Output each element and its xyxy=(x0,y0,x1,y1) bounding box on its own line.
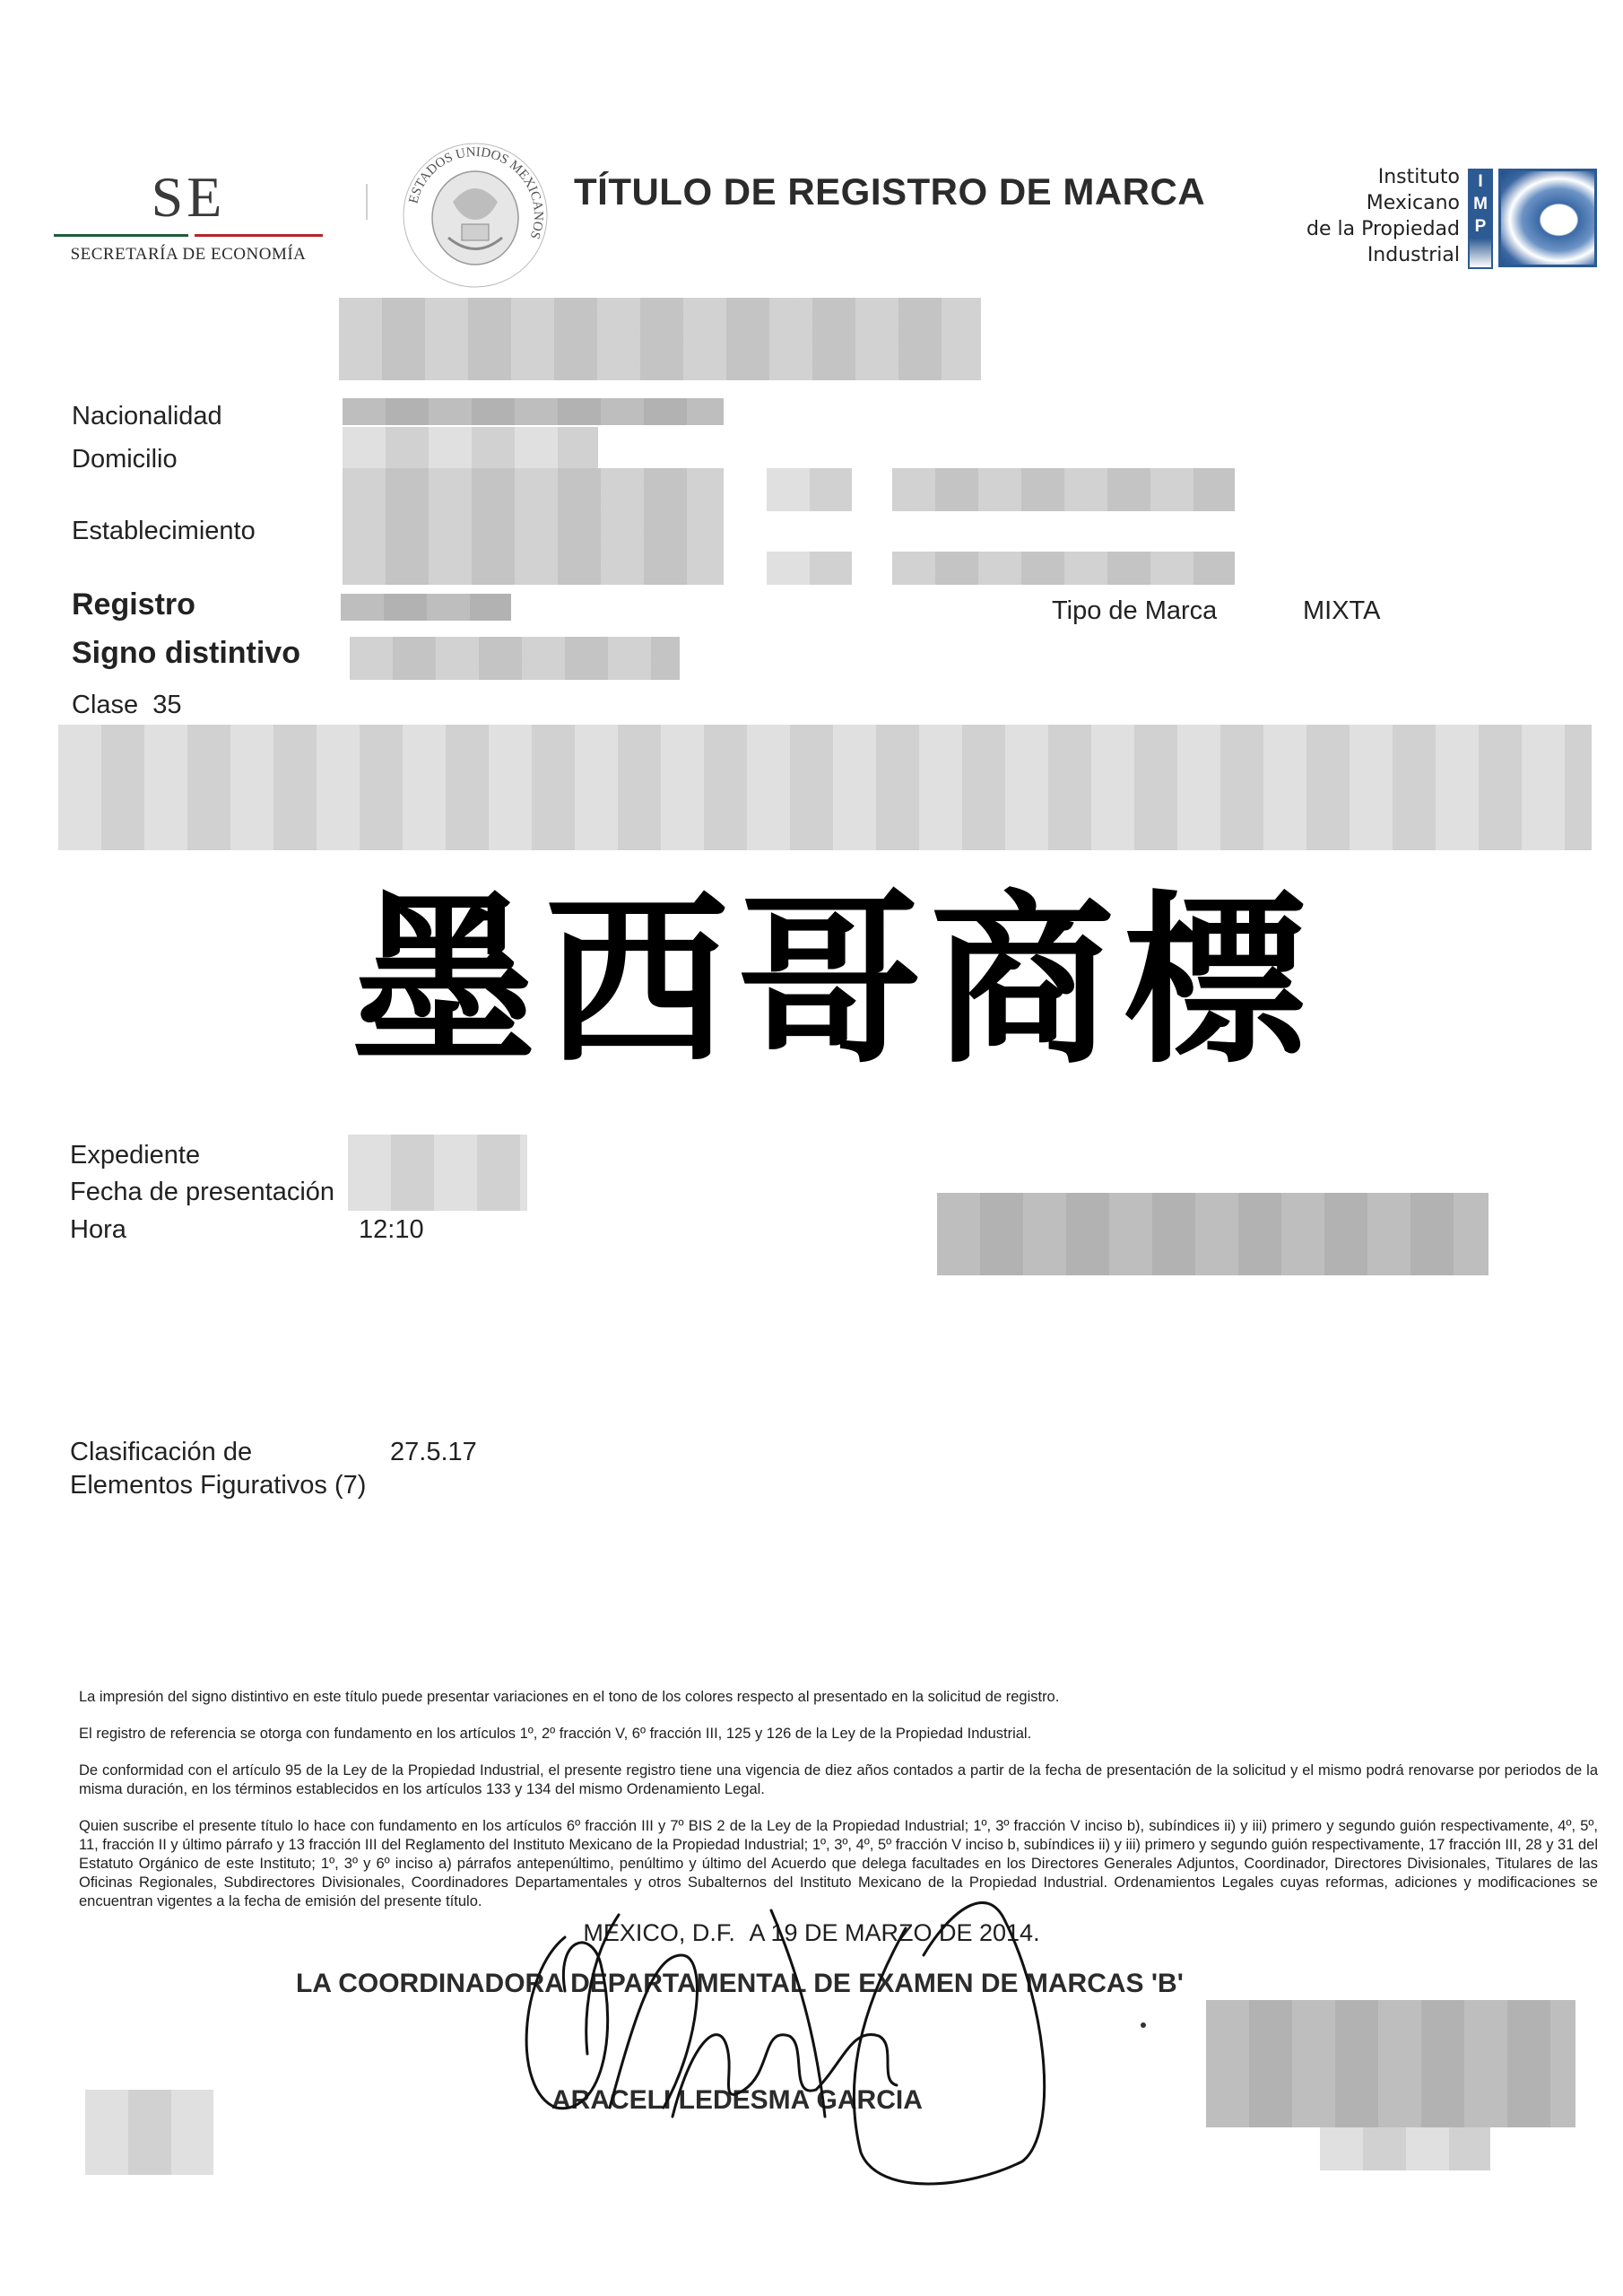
legal-paragraph: El registro de referencia se otorga con … xyxy=(79,1725,1598,1744)
redacted-registro xyxy=(341,594,511,621)
redacted-domicilio-2 xyxy=(343,468,724,511)
se-logo-subtitle: SECRETARÍA DE ECONOMÍA xyxy=(49,245,327,265)
label-domicilio: Domicilio xyxy=(72,445,178,474)
impi-line: Industrial xyxy=(1306,242,1460,268)
label-tipo-de-marca: Tipo de Marca xyxy=(1052,596,1217,626)
header-divider xyxy=(366,184,368,220)
redacted-establecimiento-2 xyxy=(767,552,852,585)
coat-of-arms-seal-icon: ESTADOS UNIDOS MEXICANOS xyxy=(399,139,551,291)
value-clasificacion: 27.5.17 xyxy=(390,1438,477,1467)
impi-line: Mexicano xyxy=(1306,190,1460,216)
redacted-domicilio-4 xyxy=(892,468,1235,511)
label-fecha-presentacion: Fecha de presentación xyxy=(70,1178,334,1207)
trademark-sign: 墨西哥商標 xyxy=(341,874,1327,1090)
redacted-services-description xyxy=(58,725,1592,850)
logo-bar-red xyxy=(195,234,323,237)
se-logo-letters: SE xyxy=(49,166,327,229)
label-registro: Registro xyxy=(72,587,195,622)
label-clasificacion-1: Clasificación de xyxy=(70,1438,252,1467)
redacted-domicilio-3 xyxy=(767,468,852,511)
redacted-owner-name xyxy=(339,298,981,380)
redacted-domicilio xyxy=(343,427,598,468)
document-title: TÍTULO DE REGISTRO DE MARCA xyxy=(574,170,1205,213)
impi-logo: Instituto Mexicano de la Propiedad Indus… xyxy=(1269,164,1601,267)
impi-logo-text: Instituto Mexicano de la Propiedad Indus… xyxy=(1306,164,1460,268)
label-nacionalidad: Nacionalidad xyxy=(72,402,222,431)
redacted-barcode xyxy=(937,1193,1488,1275)
label-expediente: Expediente xyxy=(70,1141,200,1170)
decorative-dot xyxy=(1141,2022,1146,2028)
redacted-nacionalidad xyxy=(343,398,724,425)
redacted-stamp-2 xyxy=(1320,2127,1490,2170)
redacted-corner-code xyxy=(85,2090,213,2175)
label-clase: Clase 35 xyxy=(72,691,182,720)
redacted-signo-distintivo xyxy=(350,637,680,680)
impi-acronym-strip: I M P xyxy=(1468,169,1493,269)
impi-letter: P xyxy=(1470,215,1491,238)
logo-bar-green xyxy=(54,234,188,237)
impi-line: Instituto xyxy=(1306,164,1460,190)
redacted-establecimiento xyxy=(343,511,724,585)
impi-letter: I xyxy=(1470,170,1491,193)
legal-paragraph: De conformidad con el artículo 95 de la … xyxy=(79,1761,1598,1799)
legal-notes: La impresión del signo distintivo en est… xyxy=(79,1688,1598,1929)
label-signo-distintivo: Signo distintivo xyxy=(72,636,300,671)
clase-label: Clase xyxy=(72,691,138,719)
label-establecimiento: Establecimiento xyxy=(72,517,256,546)
impi-emblem-icon xyxy=(1498,169,1597,267)
value-hora: 12:10 xyxy=(359,1215,424,1245)
impi-line: de la Propiedad xyxy=(1306,216,1460,242)
clase-value: 35 xyxy=(152,691,181,719)
label-clasificacion-2: Elementos Figurativos (7) xyxy=(70,1471,366,1500)
value-tipo-de-marca: MIXTA xyxy=(1303,596,1380,626)
redacted-stamp xyxy=(1206,2000,1575,2127)
redacted-establecimiento-3 xyxy=(892,552,1235,585)
legal-paragraph: Quien suscribe el presente título lo hac… xyxy=(79,1817,1598,1911)
legal-paragraph: La impresión del signo distintivo en est… xyxy=(79,1688,1598,1707)
impi-letter: M xyxy=(1470,193,1491,215)
redacted-expediente-fecha xyxy=(348,1135,527,1211)
secretaria-economia-logo: SE SECRETARÍA DE ECONOMÍA xyxy=(49,166,327,274)
label-hora: Hora xyxy=(70,1215,126,1245)
signature-icon xyxy=(502,1901,1085,2188)
